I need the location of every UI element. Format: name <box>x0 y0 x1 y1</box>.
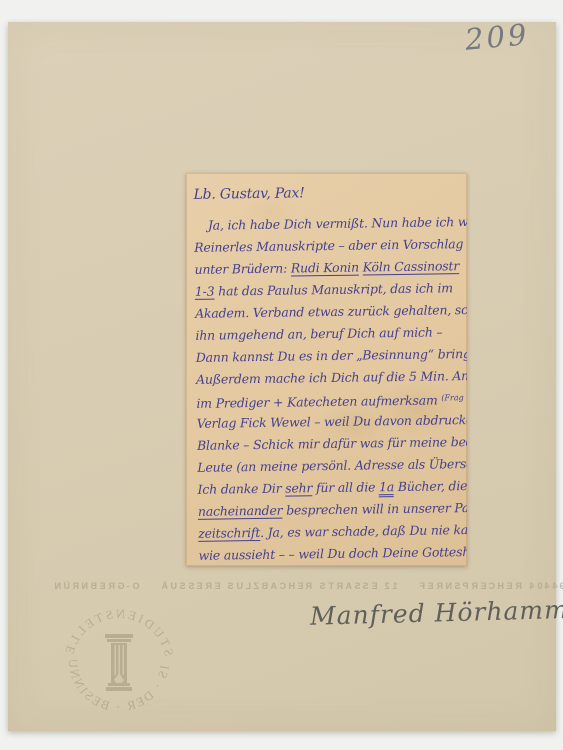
letter-line: Lb. Gustav, Pax! <box>193 178 459 215</box>
scanned-document: 209 Lb. Gustav, Pax!Ja, ich habe Dich ve… <box>0 0 563 750</box>
stamp-column <box>105 634 133 691</box>
handwritten-card: Lb. Gustav, Pax!Ja, ich habe Dich vermiß… <box>186 173 467 566</box>
letter-line: wie aussieht – – weil Du doch Deine Gott… <box>198 541 464 566</box>
stamp-showthrough: STUDIENSTELLE · KREIS · DER · BESINNUNG … <box>60 601 178 719</box>
letter-lines: Lb. Gustav, Pax!Ja, ich habe Dich vermiß… <box>193 178 464 566</box>
page-number: 209 <box>464 17 531 56</box>
ghost-letterhead-showthrough: NÜRNBERG-O ÄUSSERE SULZBACHER STRASSE 21… <box>52 581 522 591</box>
column-icon: STUDIENSTELLE · KREIS · DER · BESINNUNG … <box>60 601 178 719</box>
